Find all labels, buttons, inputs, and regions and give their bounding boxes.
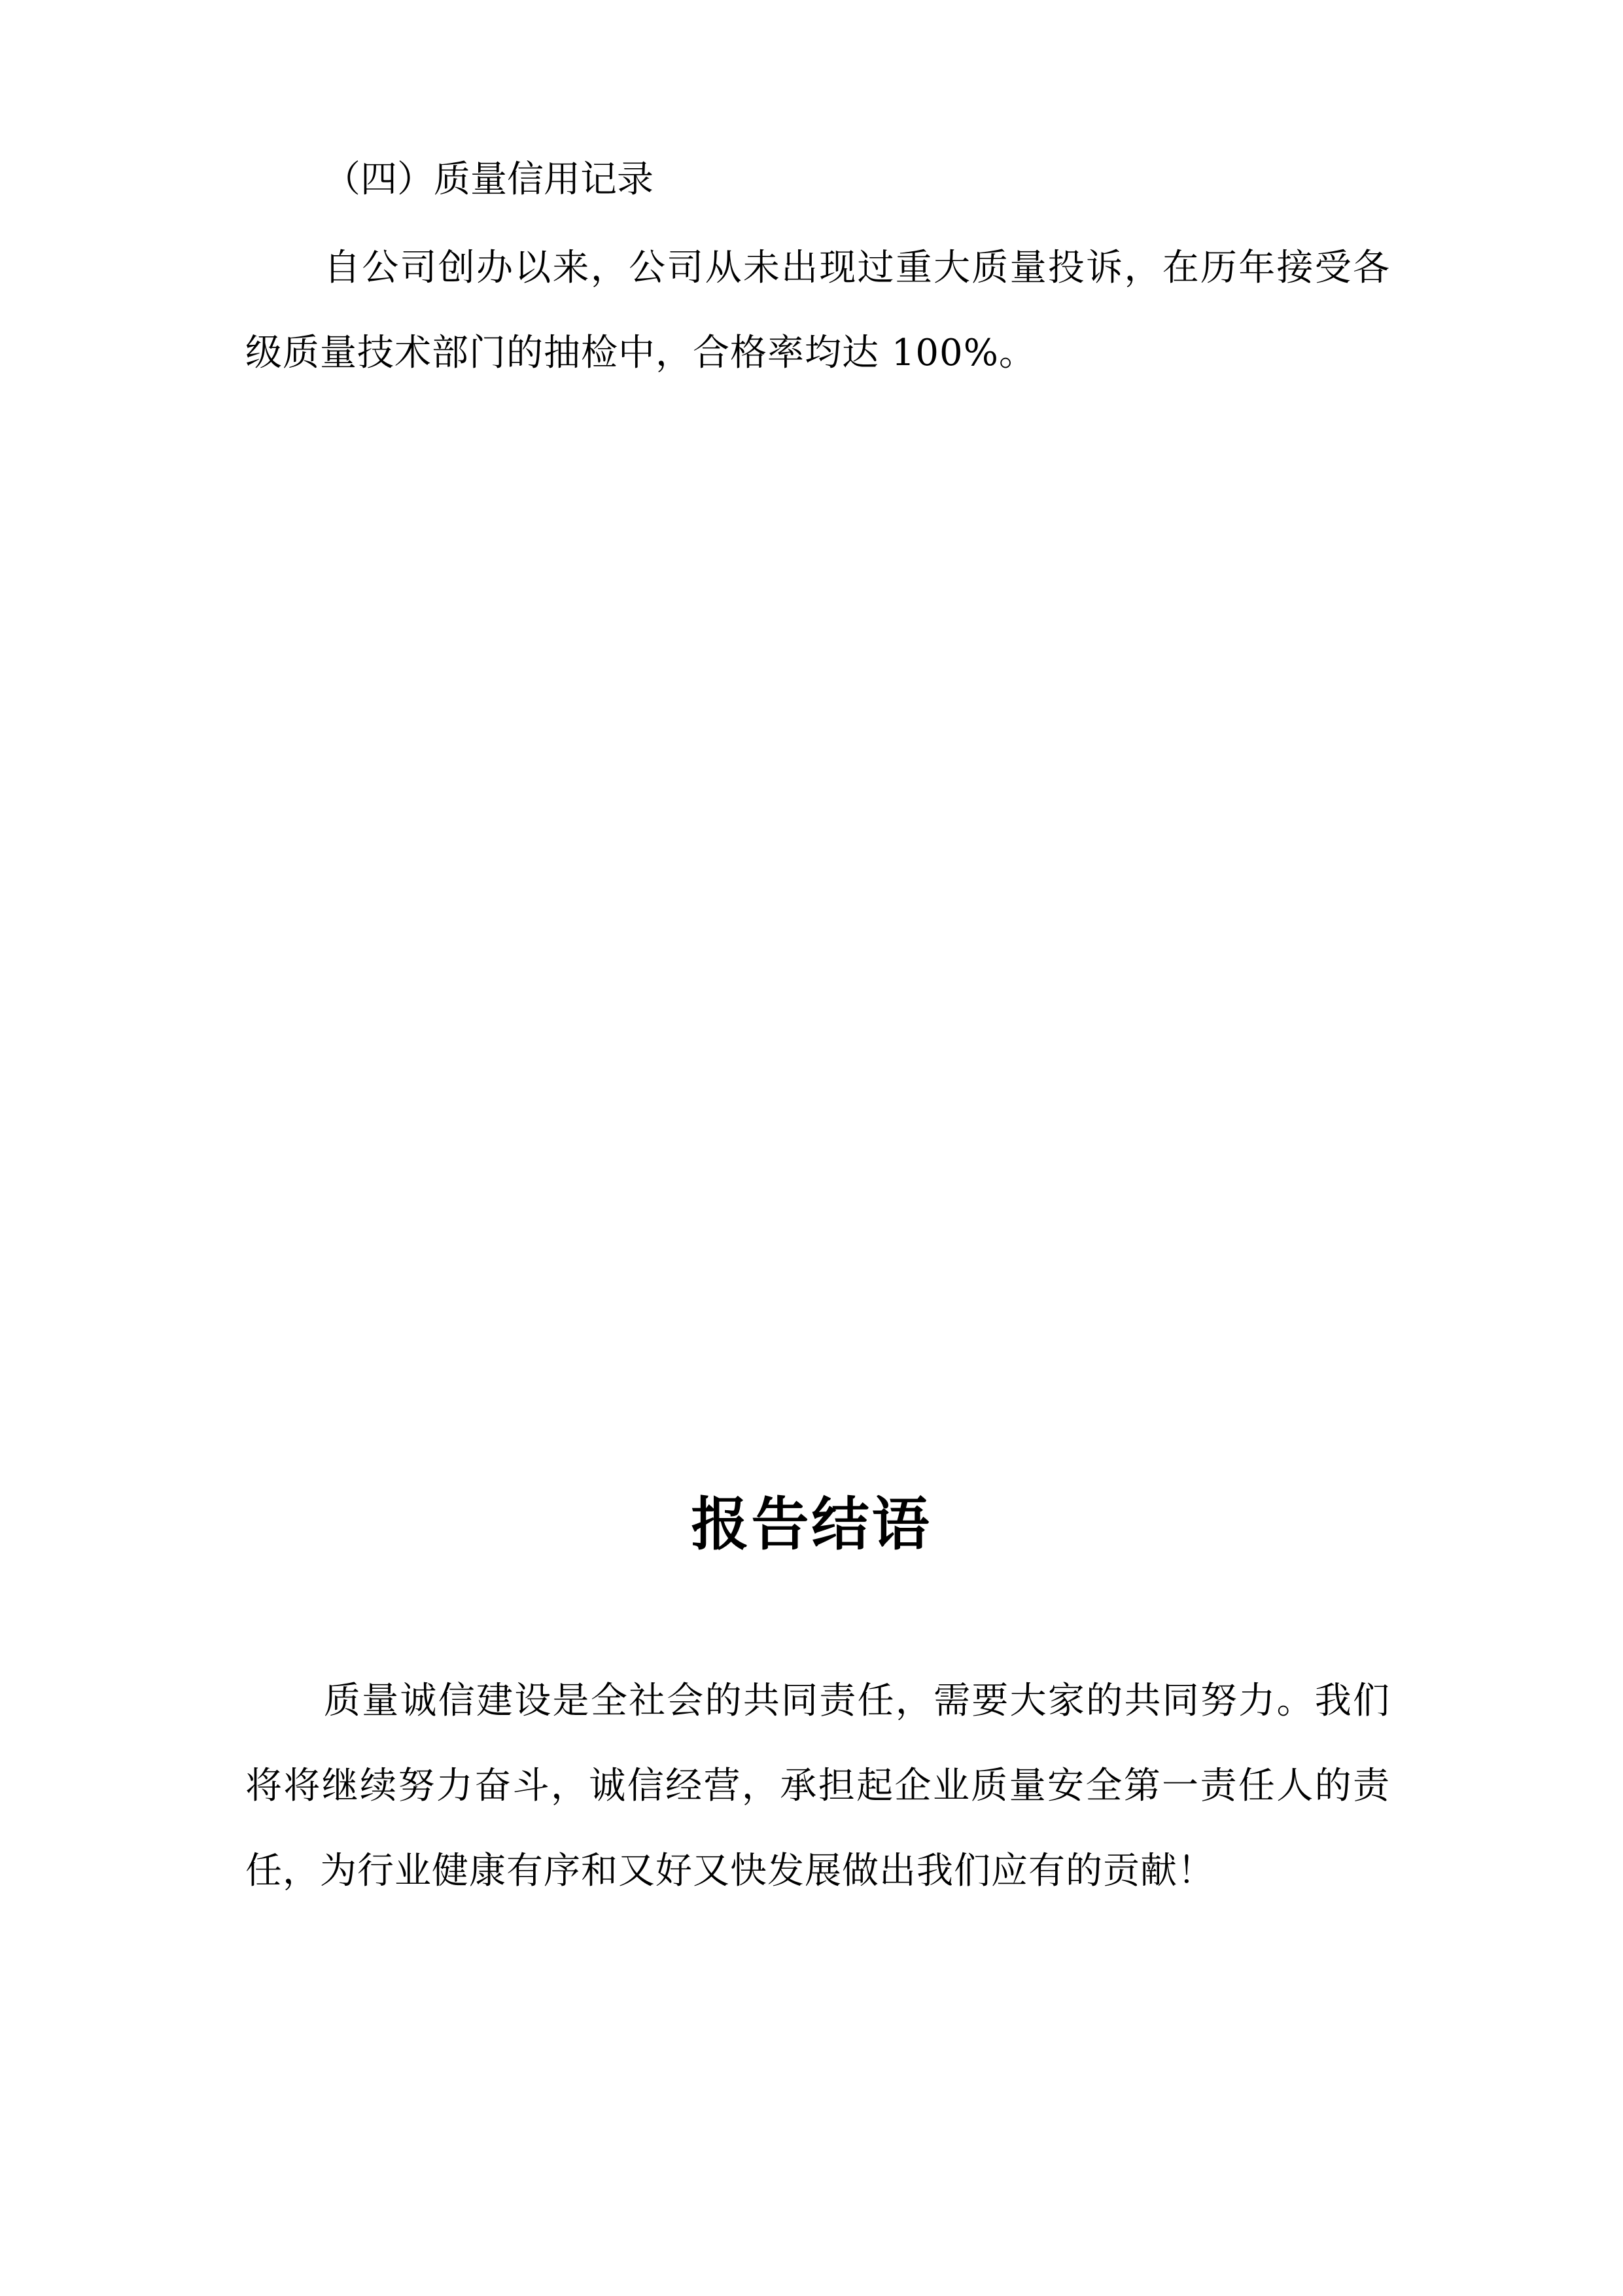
document-page: （四）质量信用记录 自公司创办以来，公司从未出现过重大质量投诉，在历年接受各级质… bbox=[0, 0, 1623, 2296]
report-conclusion-title: 报告结语 bbox=[0, 1485, 1623, 1564]
report-conclusion-paragraph: 质量诚信建设是全社会的共同责任，需要大家的共同努力。我们将将继续努力奋斗，诚信经… bbox=[245, 1659, 1390, 1914]
quality-credit-record-paragraph: 自公司创办以来，公司从未出现过重大质量投诉，在历年接受各级质量技术部门的抽检中，… bbox=[245, 226, 1390, 396]
section-heading-quality-credit-record: （四）质量信用记录 bbox=[324, 154, 654, 206]
